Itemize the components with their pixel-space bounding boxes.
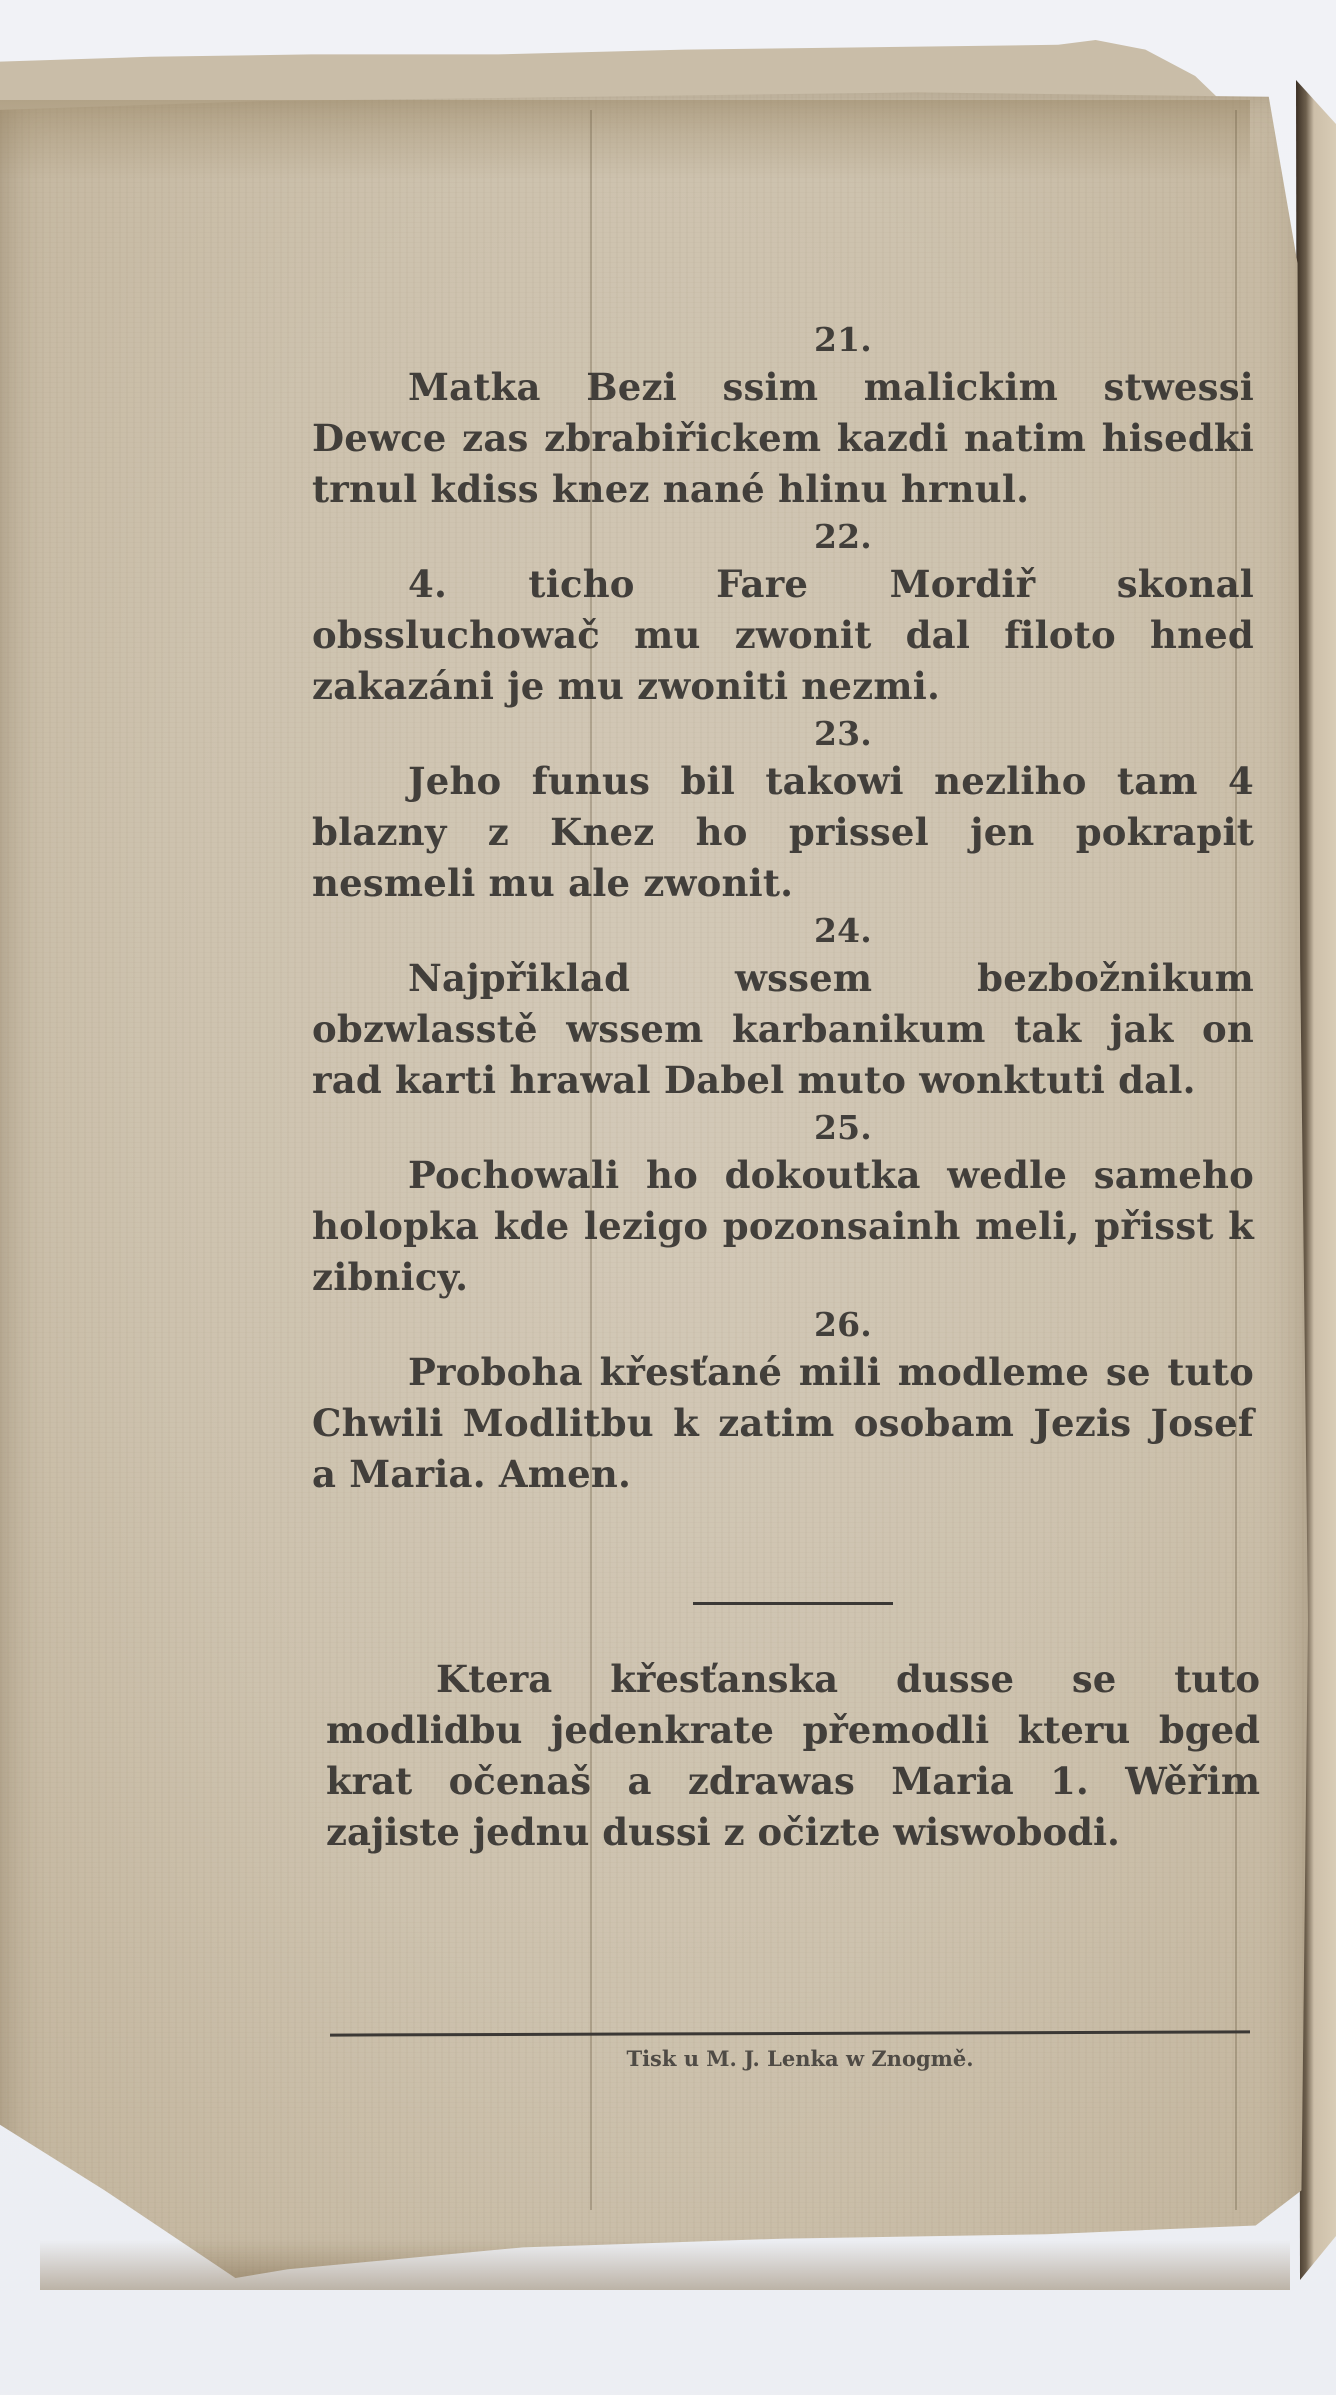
verse-number: 24. <box>312 909 1254 953</box>
verse-text: 4. ticho Fare Mordiř skonal obssluchowač… <box>312 559 1254 712</box>
verse-number: 26. <box>312 1303 1254 1347</box>
verse-24: 24. Najpřiklad wssem bezbožnikum obzwlas… <box>312 909 1254 1106</box>
verse-text: Najpřiklad wssem bezbožnikum obzwlasstě … <box>312 953 1254 1106</box>
verse-number: 25. <box>312 1106 1254 1150</box>
verse-25: 25. Pochowali ho dokoutka wedle sameho h… <box>312 1106 1254 1303</box>
verse-number: 23. <box>312 712 1254 756</box>
verse-21: 21. Matka Bezi ssim malickim stwessi Dew… <box>312 318 1254 515</box>
verse-list: 21. Matka Bezi ssim malickim stwessi Dew… <box>312 318 1254 1500</box>
printer-imprint: Tisk u M. J. Lenka w Znogmě. <box>320 2046 1280 2071</box>
verse-23: 23. Jeho funus bil takowi nezliho tam 4 … <box>312 712 1254 909</box>
paper-stain-top <box>0 100 1250 180</box>
verse-26: 26. Proboha křesťané mili modleme se tut… <box>312 1303 1254 1500</box>
verse-number: 22. <box>312 515 1254 559</box>
verse-22: 22. 4. ticho Fare Mordiř skonal obssluch… <box>312 515 1254 712</box>
closing-paragraph: Ktera křesťanska dusse se tuto modlidbu … <box>326 1654 1260 1858</box>
verse-text: Pochowali ho dokoutka wedle sameho holop… <box>312 1150 1254 1303</box>
verse-text: Jeho funus bil takowi nezliho tam 4 blaz… <box>312 756 1254 909</box>
verse-text: Proboha křesťané mili modleme se tuto Ch… <box>312 1347 1254 1500</box>
verse-text: Matka Bezi ssim malickim stwessi Dewce z… <box>312 362 1254 515</box>
paper-stain-bottom <box>40 2240 1290 2290</box>
section-divider <box>693 1602 893 1605</box>
verse-number: 21. <box>312 318 1254 362</box>
